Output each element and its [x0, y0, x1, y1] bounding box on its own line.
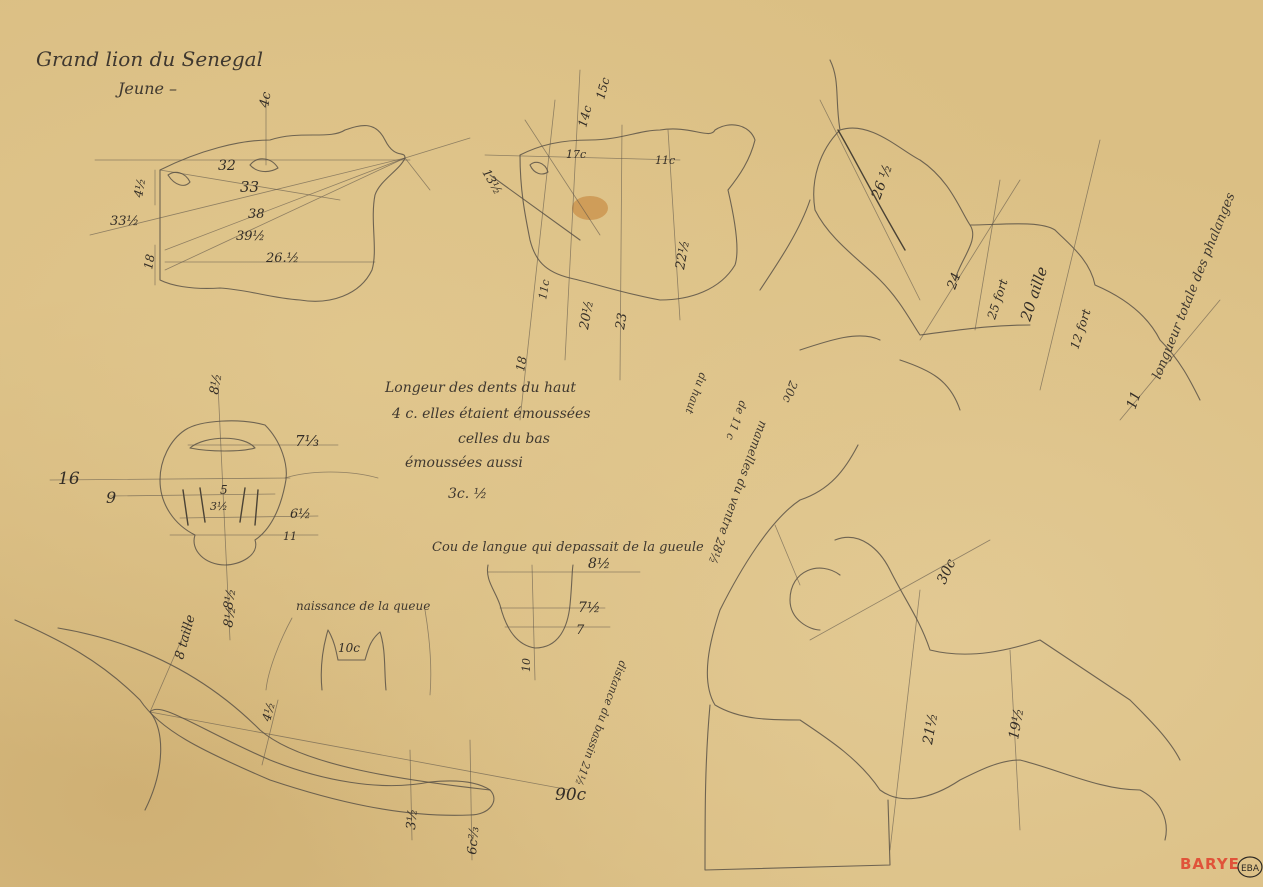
label-22h: 22½ — [673, 239, 693, 271]
hind-21h: 21½ — [920, 712, 941, 747]
shoulder-11: 11 — [1124, 389, 1145, 411]
tail-8h: 8½ — [221, 606, 239, 629]
body-note-4: 20c — [780, 378, 801, 405]
label-39h: 39½ — [236, 229, 265, 244]
title-line2: Jeune – — [115, 79, 177, 98]
face-9: 9 — [106, 488, 116, 507]
tongue-10: 10 — [520, 658, 533, 672]
teeth-note-line2: 4 c. elles étaient émoussées — [391, 406, 591, 422]
shoulder-20: 20 aille — [1016, 264, 1051, 324]
face-7t: 7⅓ — [295, 432, 319, 450]
tail-6t: 6c⅔ — [465, 826, 482, 856]
face-3h: 3½ — [210, 500, 228, 513]
body-notes: mamelles du ventre 28½ du haut de 11 c 2… — [682, 371, 800, 566]
head-profile-2-sketch: 14c 15c 17c 11c 13½ 11c 20½ 23 22½ 18 — [479, 70, 755, 420]
eba-stamp: EBA — [1241, 864, 1260, 874]
teeth-note-line1: Longeur des dents du haut — [384, 380, 576, 396]
label-33: 33 — [240, 178, 259, 196]
tail-base-label: naissance de la queue — [296, 599, 430, 613]
body-note-3: de 11 c — [723, 399, 749, 442]
label-13h: 13½ — [479, 167, 505, 197]
body-note-2: du haut — [682, 371, 709, 416]
body-note-1: mamelles du ventre 28½ — [706, 419, 771, 566]
teeth-length-note: Longeur des dents du haut 4 c. elles éta… — [384, 380, 591, 502]
hind-pubic-note: distance du bassin 21½ — [572, 659, 629, 787]
label-32: 32 — [218, 158, 236, 174]
label-26h: 26.½ — [265, 251, 299, 266]
label-top: 4c — [257, 90, 275, 110]
tongue-8h: 8½ — [588, 556, 610, 572]
shoulder-12: 12 fort — [1068, 307, 1094, 351]
shoulder-25: 25 fort — [984, 277, 1010, 322]
shoulder-sketch: 26 ½ 24 25 fort 20 aille 12 fort 11 long… — [760, 60, 1239, 420]
label-11c: 11c — [536, 278, 552, 300]
face-11: 11 — [283, 530, 297, 543]
sheet-title: Grand lion du Senegal Jeune – — [36, 47, 263, 98]
tail-base-sketch: naissance de la queue 10c — [266, 599, 431, 695]
tail-3h: 3½ — [404, 808, 421, 830]
tongue-sketch: Cou de langue qui depassait de la gueule… — [432, 540, 704, 680]
face-6h: 6½ — [290, 507, 311, 522]
label-18b: 18 — [513, 355, 530, 373]
tongue-label: Cou de langue qui depassait de la gueule — [432, 540, 704, 555]
label-38: 38 — [248, 207, 265, 222]
shoulder-26: 26 ½ — [868, 162, 896, 202]
tongue-7: 7 — [576, 623, 585, 638]
hind-30: 30c — [934, 557, 959, 587]
tail-4: 4½ — [259, 701, 278, 724]
label-11: 11c — [655, 154, 675, 167]
collection-stamp: BARYE EBA — [1180, 855, 1262, 877]
teeth-note-line5: 3c. ½ — [448, 486, 487, 502]
face-5: 5 — [220, 483, 228, 497]
label-20h: 20½ — [577, 299, 597, 331]
sketch-canvas: Grand lion du Senegal Jeune – 4c 32 33 3… — [0, 0, 1263, 887]
tail-sketch: 8 taille 8½ 4½ 3½ 6c⅔ 90c — [15, 606, 587, 860]
tongue-7h: 7½ — [578, 600, 600, 616]
label-33h: 33½ — [110, 214, 139, 229]
head-profile-sketch: 4c 32 33 38 39½ 33½ 26.½ 4½ 18 — [90, 90, 470, 301]
label-4h: 4½ — [131, 177, 148, 199]
label-17: 17c — [566, 148, 586, 161]
drawing-sheet: Grand lion du Senegal Jeune – 4c 32 33 3… — [0, 0, 1263, 887]
shoulder-note: longueur totale des phalanges — [1150, 190, 1239, 381]
tail-8: 8 taille — [172, 613, 198, 661]
hindquarter-sketch: 30c 21½ 19½ distance du bassin 21½ — [572, 445, 1180, 870]
face-top: 8½ — [207, 373, 225, 396]
label-18: 18 — [141, 253, 158, 271]
label-15: 15c — [593, 76, 612, 101]
label-23: 23 — [613, 312, 631, 332]
teeth-note-line3: celles du bas — [458, 431, 550, 447]
artist-stamp: BARYE — [1180, 855, 1240, 873]
title-line1: Grand lion du Senegal — [36, 47, 263, 71]
teeth-note-line4: émoussées aussi — [405, 455, 523, 471]
face-16: 16 — [58, 469, 80, 489]
tail-base-10: 10c — [338, 641, 360, 655]
hind-19h: 19½ — [1006, 707, 1027, 741]
tail-90: 90c — [555, 785, 587, 805]
